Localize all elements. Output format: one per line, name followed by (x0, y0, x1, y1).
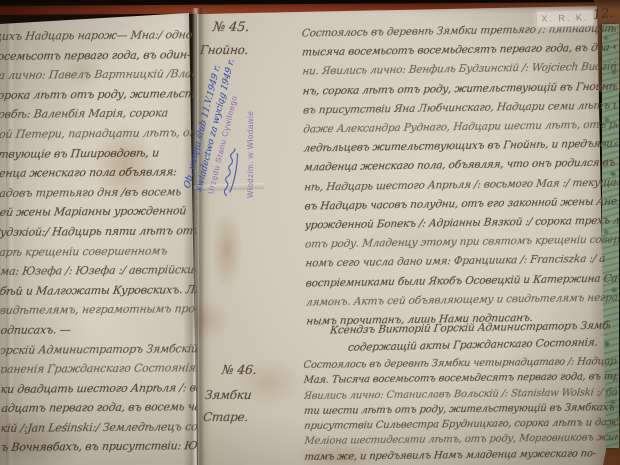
manuscript-line: надцатъ перваго года, въ восемь часовъ у… (0, 397, 198, 418)
manuscript-line: въ Вочнявбахъ, въ присутствіи: Юзефа Ста… (0, 437, 198, 458)
entry-45-text: Состоялось въ деревнѣ Зямбки третьяго /:… (302, 20, 620, 333)
entry-46-place-line-2: Старе. (202, 410, 249, 424)
manuscript-line: сорока лѣтъ отъ роду, жительствующій (0, 84, 196, 105)
entry-46-number: № 46. (221, 362, 257, 377)
manuscript-line: подписахъ. — (0, 319, 198, 340)
manuscript-line: ствующіе въ Пшировдовѣ, и (0, 143, 196, 164)
manuscript-line: ной Петери, парнадцати лѣтъ, отъ (0, 123, 196, 144)
manuscript-line: на лично: Павелъ Вартницкій /Влад— (0, 64, 196, 85)
manuscript-line: горскій Администраторъ Зямбскій (0, 339, 198, 360)
manuscript-line: ней жены Маріанны урожденной (0, 201, 197, 222)
left-page-text: щихъ Надцарь нарож— Мна:/ одноговосемьсо… (0, 25, 198, 459)
manuscript-line: има: Юзефа /: Юзефа :/ австрійски- (0, 260, 197, 281)
manuscript-line: восемьсотъ перваго года, въ один- (0, 45, 195, 66)
manuscript-line: бки двадцать шестого Апрѣля /: восьмого (0, 378, 198, 399)
page-number: 12. (592, 6, 613, 23)
manuscript-line: денца женскаго пола объявляя: (0, 162, 197, 183)
manuscript-line: щихъ Надцарь нарож— Мна:/ одного (0, 25, 195, 46)
manuscript-line: варѣ крещеніи совершенномъ (0, 241, 197, 262)
manuscript-line: свидѣтелямъ, неграмотнымъ про- (0, 299, 198, 320)
entry-46-place-line-1: Зямбки (204, 388, 252, 402)
manuscript-photo: щихъ Надцарь нарож— Мна:/ одноговосемьсо… (0, 0, 620, 465)
manuscript-line: вбѣй и Малгожаты Куровскихъ. Лѣтъ (0, 280, 198, 301)
manuscript-line: ковбѣ: Валенбія Марія, сорока (0, 104, 196, 125)
embossed-library-stamp: X. R. K. (536, 9, 594, 28)
entry-46-text: Состоялось въ деревнѣ Зямбки четырнадцат… (303, 354, 618, 465)
manuscript-line: Рудзкіой:/ Надцирь пяти лѣтъ отъ роду. (0, 221, 197, 242)
manuscript-line: скій /:Jan Leśinski:/ Земледѣлецъ сорока… (0, 417, 198, 438)
manuscript-line: тамъ же, и предъявилъ Намъ младенца муже… (304, 446, 619, 465)
entry-45-number: № 45. (212, 20, 250, 35)
annotation-vertical-stamp: Włodzim. w Włodawie (246, 90, 255, 198)
manuscript-line: храненія Гражданскаго Состоянія. (0, 358, 198, 379)
manuscript-line: радовъ третьяго дня /въ восемь (0, 182, 197, 203)
